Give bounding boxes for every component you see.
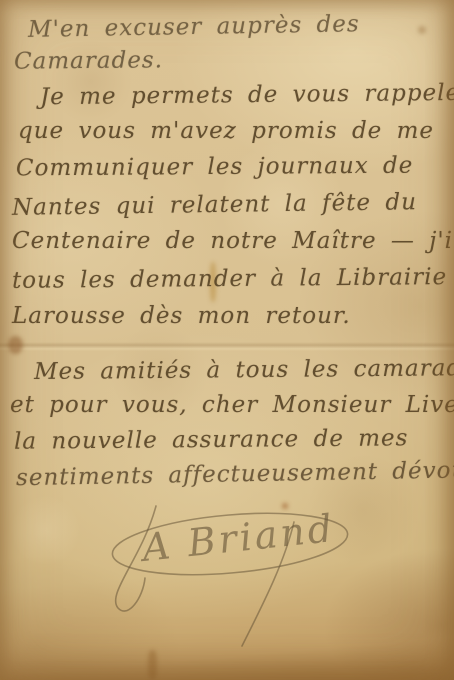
letter-line-8: tous les demander à la Librairie [12,264,447,294]
letter-line-2: Camarades. [14,47,163,74]
fold-crease [0,342,454,351]
letter-line-7: Centenaire de notre Maître — j'irai [12,228,454,254]
letter-line-9: Larousse dès mon retour. [12,303,351,329]
letter-line-4: que vous m'avez promis de me [18,118,434,144]
letter-line-6: Nantes qui relatent la fête du [12,189,417,221]
paper-stain [418,26,426,34]
signature: A Briand [70,478,390,658]
letter-line-11: et pour vous, cher Monsieur Livet, [10,392,454,418]
letter-line-5: Communiquer les journaux de [16,153,413,182]
signature-text: A Briand [140,506,337,570]
paper-stain [282,503,288,509]
paper-stain [148,650,157,680]
letter-line-3: Je me permets de vous rappeler [40,80,454,111]
letter-line-10: Mes amitiés à tous les camarades, [34,355,454,385]
paper-stain [8,336,23,354]
letter-page: M'en excuser auprès des Camarades. Je me… [0,0,454,680]
letter-line-12: la nouvelle assurance de mes [14,425,409,454]
signature-flourish [70,478,390,658]
letter-line-1: M'en excuser auprès des [28,11,360,43]
letter-line-13: sentiments affectueusement dévoués [16,457,454,491]
